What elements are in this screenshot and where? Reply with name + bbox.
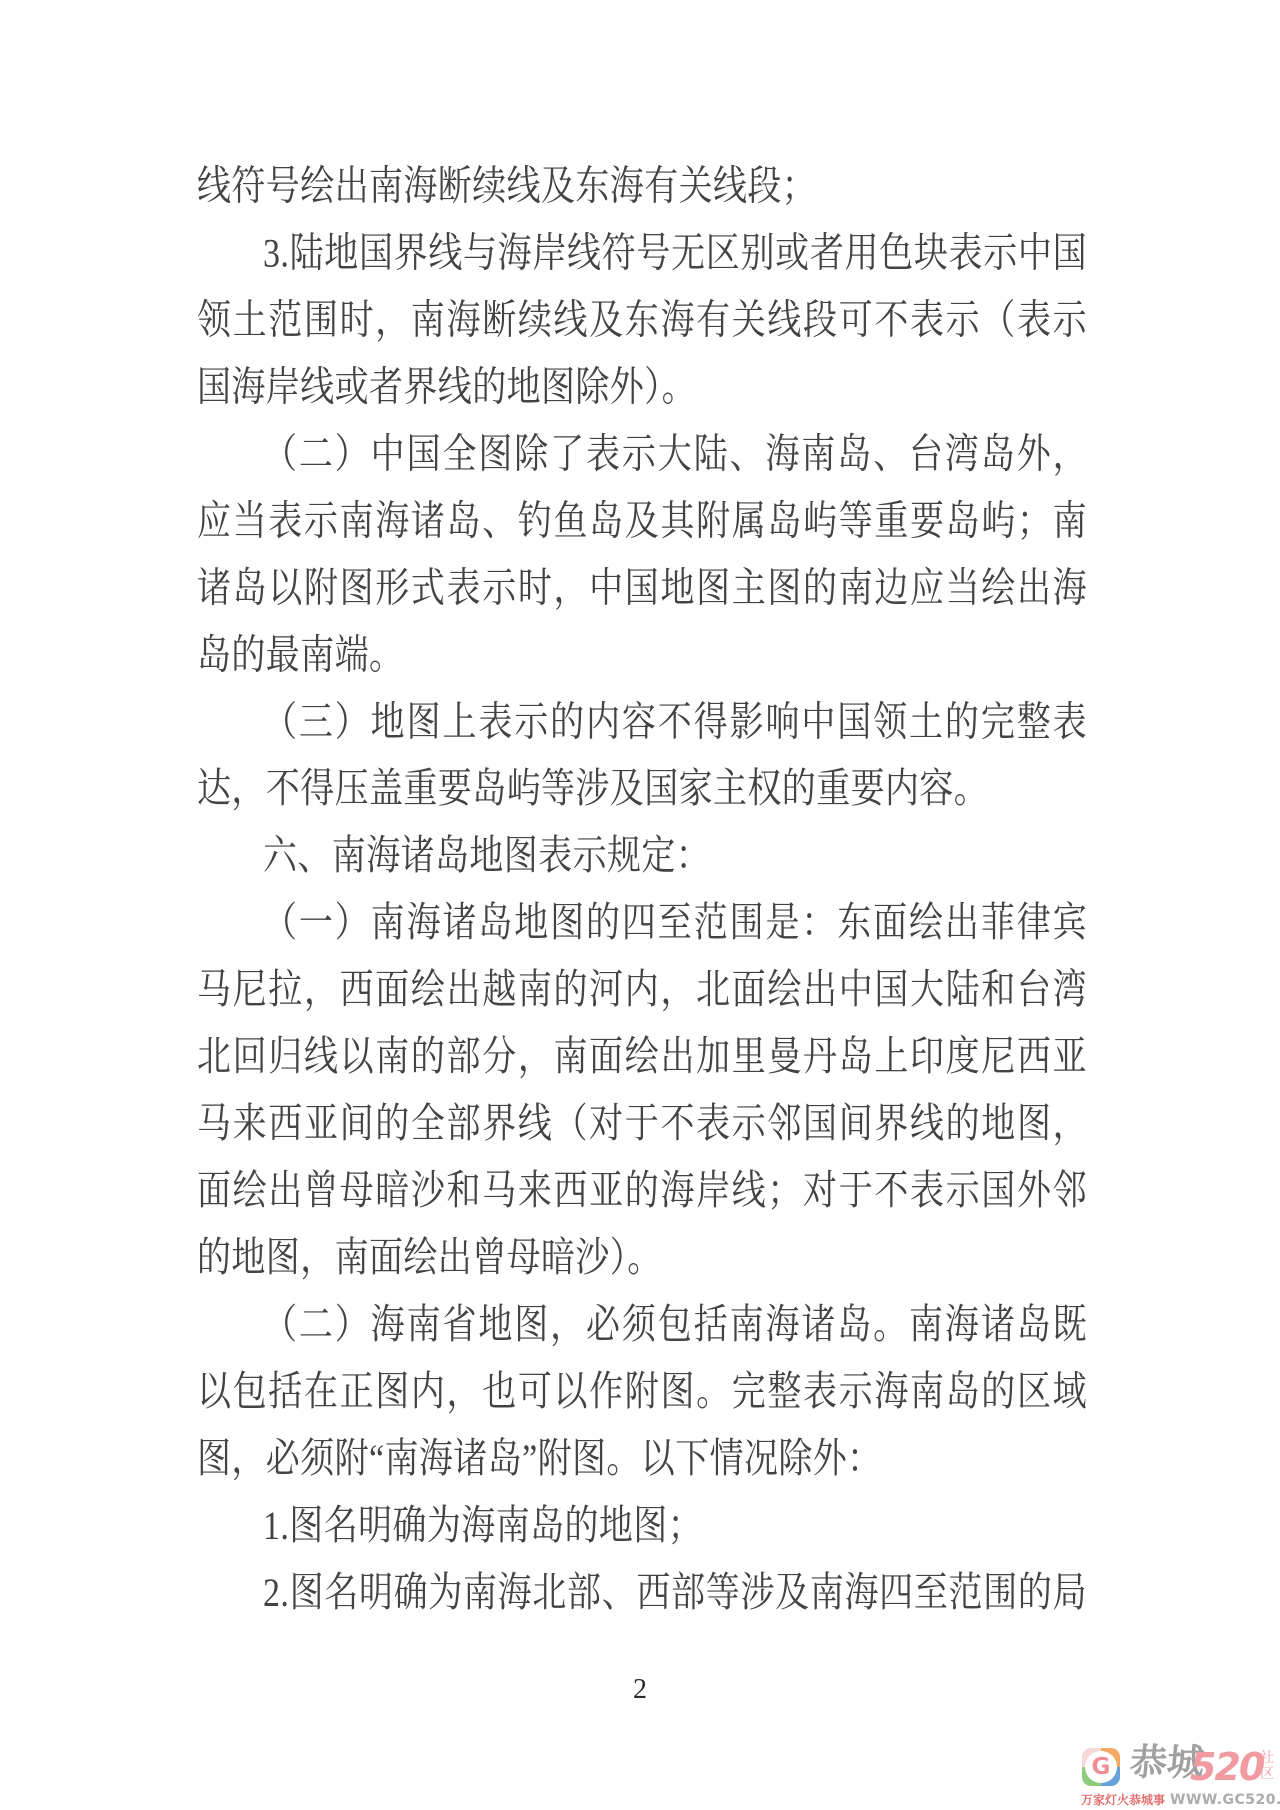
- logo-circle: G: [1085, 1751, 1117, 1783]
- text-line: 图，必须附“南海诸岛”附图。以下情况除外：: [197, 1427, 1087, 1494]
- text-line: 达，不得压盖重要岛屿等涉及国家主权的重要内容。: [197, 757, 1087, 824]
- document-page: 线符号绘出南海断续线及东海有关线段；3.陆地国界线与海岸线符号无区别或者用色块表…: [0, 0, 1280, 1810]
- watermark-site-number: 520: [1190, 1746, 1263, 1788]
- text-line: 1.图名明确为海南岛的地图；: [197, 1494, 1087, 1561]
- text-line: 应当表示南海诸岛、钓鱼岛及其附属岛屿等重要岛屿；南海: [197, 489, 1087, 556]
- text-line: 岛的最南端。: [197, 623, 1087, 690]
- text-line: 国海岸线或者界线的地图除外）。: [197, 355, 1087, 422]
- text-line: 线符号绘出南海断续线及东海有关线段；: [197, 154, 1087, 221]
- text-line: 北回归线以南的部分，南面绘出加里曼丹岛上印度尼西亚与: [197, 1025, 1087, 1092]
- text-line: 马来西亚间的全部界线（对于不表示邻国间界线的地图，南: [197, 1092, 1087, 1159]
- text-line: 面绘出曾母暗沙和马来西亚的海岸线；对于不表示国外邻区: [197, 1159, 1087, 1226]
- logo-letter: G: [1092, 1756, 1111, 1779]
- watermark-suffix-char: 区: [1260, 1767, 1274, 1783]
- text-line: （一）南海诸岛地图的四至范围是：东面绘出菲律宾的: [197, 891, 1087, 958]
- text-line: 马尼拉，西面绘出越南的河内，北面绘出中国大陆和台湾岛: [197, 958, 1087, 1025]
- text-line: （二）海南省地图，必须包括南海诸岛。南海诸岛既可: [197, 1293, 1087, 1360]
- watermark-suffix: 社 区: [1260, 1751, 1274, 1783]
- watermark-tagline-row: 万家灯火恭城事 WWW.GC520.CN: [1081, 1791, 1280, 1808]
- text-line: 六、南海诸岛地图表示规定：: [197, 824, 1087, 891]
- text-line: （二）中国全图除了表示大陆、海南岛、台湾岛外，还: [197, 422, 1087, 489]
- watermark-url: WWW.GC520.CN: [1170, 1792, 1280, 1808]
- text-line: （三）地图上表示的内容不得影响中国领土的完整表: [197, 690, 1087, 757]
- watermark: G 恭城 520 社 区 万家灯火恭城事 WWW.GC520.CN: [1080, 1742, 1278, 1808]
- text-line: 的地图，南面绘出曾母暗沙）。: [197, 1226, 1087, 1293]
- document-body: 线符号绘出南海断续线及东海有关线段；3.陆地国界线与海岸线符号无区别或者用色块表…: [197, 154, 1087, 1627]
- text-line: 3.陆地国界线与海岸线符号无区别或者用色块表示中国: [197, 221, 1087, 288]
- gc520-logo-icon: G: [1082, 1748, 1120, 1786]
- text-line: 领土范围时，南海断续线及东海有关线段可不表示（表示邻: [197, 288, 1087, 355]
- text-line: 诸岛以附图形式表示时，中国地图主图的南边应当绘出海南: [197, 556, 1087, 623]
- text-line: 以包括在正图内，也可以作附图。完整表示海南岛的区域地: [197, 1360, 1087, 1427]
- text-line: 2.图名明确为南海北部、西部等涉及南海四至范围的局: [197, 1560, 1087, 1627]
- watermark-suffix-char: 社: [1260, 1751, 1274, 1767]
- page-number: 2: [0, 1674, 1280, 1706]
- watermark-tagline: 万家灯火恭城事: [1081, 1791, 1165, 1808]
